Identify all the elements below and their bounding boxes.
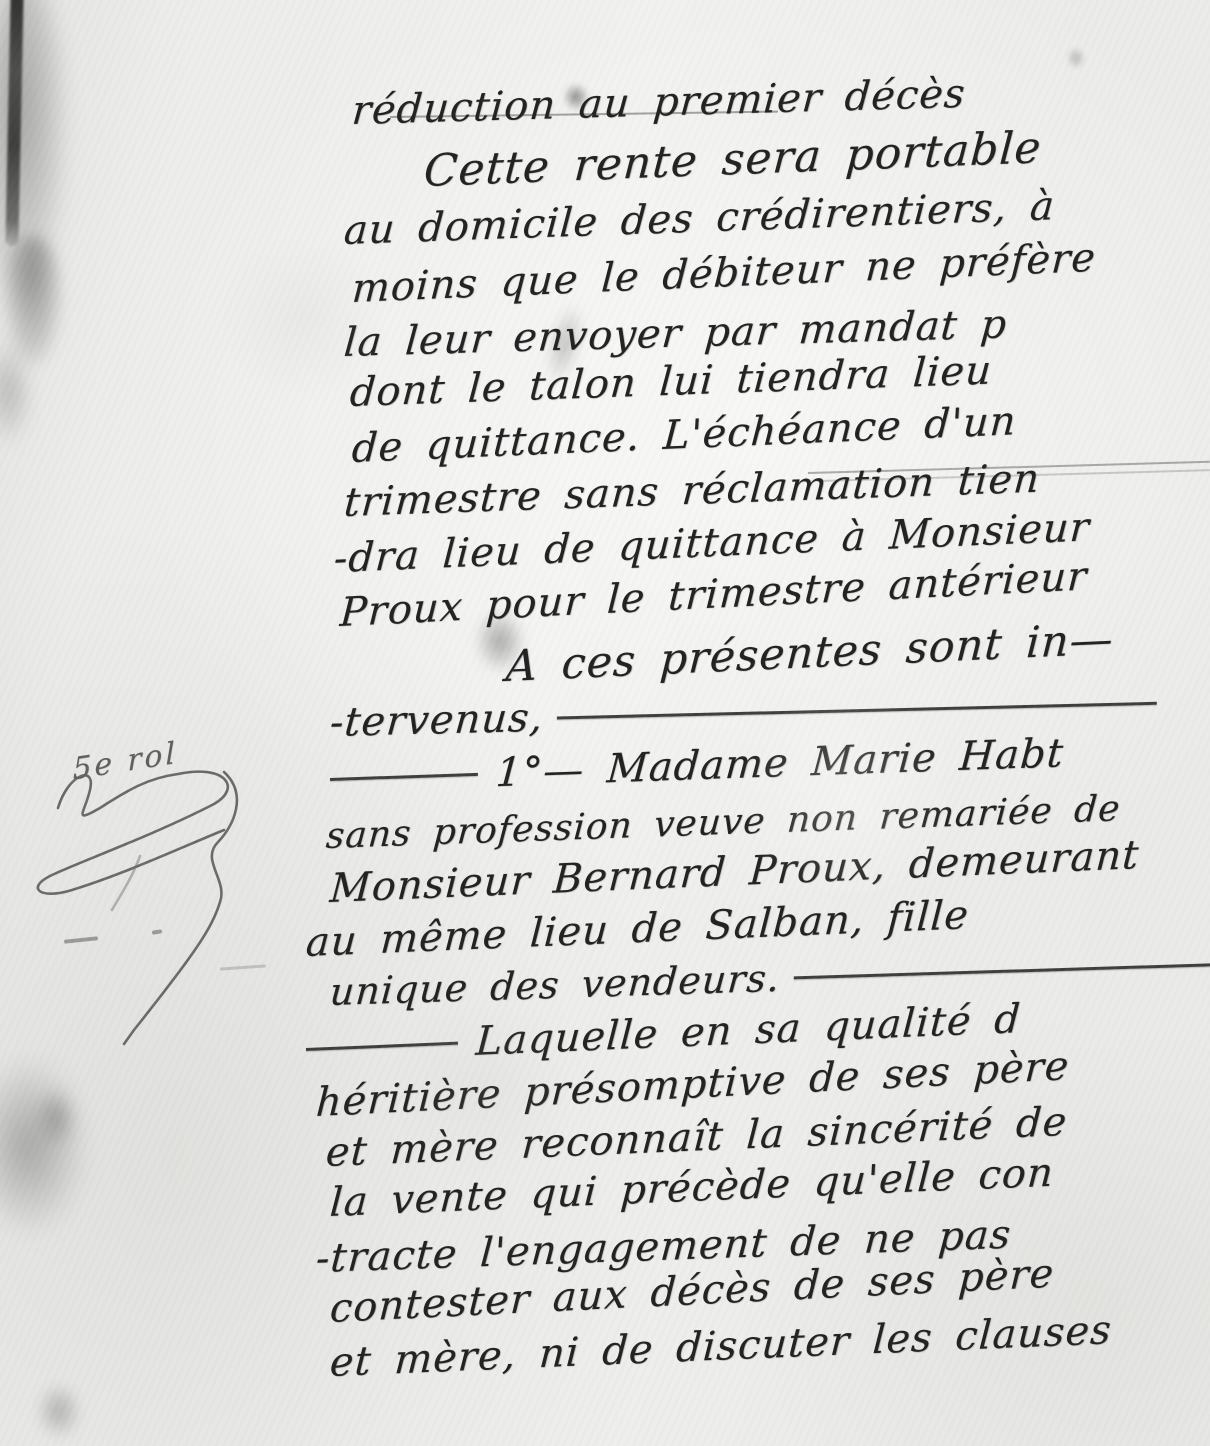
- manuscript-page: 5e rol réduction au premier décèsCette r…: [0, 0, 1210, 1446]
- manuscript-line-text: unique des vendeurs.: [328, 956, 781, 1014]
- left-edge-stain: [36, 1382, 82, 1440]
- manuscript-line: réduction au premier décès: [351, 71, 966, 134]
- binding-ink-stain: [4, 236, 62, 366]
- filler-rule: [306, 1041, 458, 1050]
- manuscript-line-text: réduction au premier décès: [350, 71, 967, 134]
- manuscript-line-text: 1°— Madame Marie Habt: [494, 730, 1065, 796]
- notary-paraph-flourish: [28, 738, 298, 1068]
- left-edge-stain: [0, 336, 34, 448]
- manuscript-line: Cette rente sera portable: [423, 122, 1042, 197]
- left-edge-stain: [34, 1086, 78, 1150]
- filler-rule: [557, 701, 1157, 719]
- filler-rule: [330, 772, 478, 780]
- manuscript-line-text: -tervenus,: [328, 695, 545, 746]
- manuscript-line: A ces présentes sont in—: [505, 614, 1115, 692]
- filler-rule: [794, 963, 1210, 979]
- left-edge-stain: [0, 1056, 88, 1236]
- manuscript-line-text: A ces présentes sont in—: [505, 614, 1116, 692]
- ink-spot: [1066, 46, 1086, 70]
- binding-thread: [5, 0, 23, 246]
